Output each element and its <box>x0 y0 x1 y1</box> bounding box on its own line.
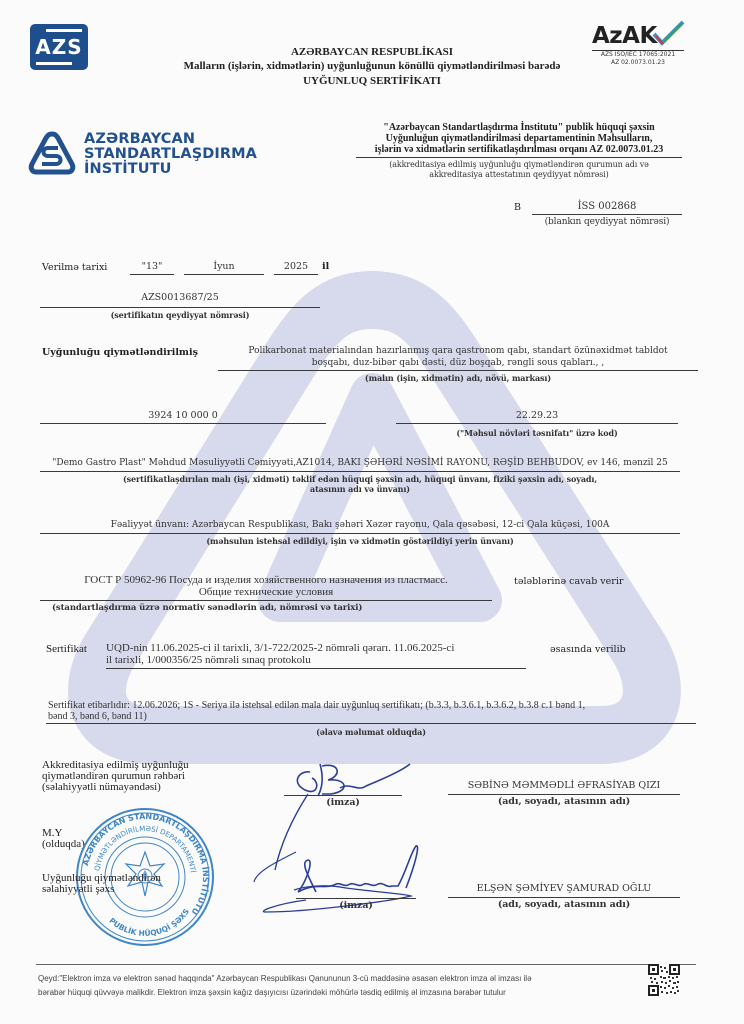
product-name-line1: Polikarbonat materialından hazırlanmış q… <box>218 346 698 357</box>
issue-date-year: 2025 <box>274 261 318 272</box>
additional-info-line1: Sertifikat etibarlıdır: 12.06.2026; 1S -… <box>48 700 698 711</box>
basis-line1: UQD-nin 11.06.2025-ci il tarixli, 3/1-72… <box>106 643 526 654</box>
azs-logo-text: AZS <box>35 35 82 59</box>
standard-suffix: tələblərinə cavab verir <box>514 576 623 587</box>
product-caption: (malın (işin, xidmətin) adı, növü, marka… <box>218 373 698 383</box>
document-subtitle: Malların (işlərin, xidmətlərin) uyğunluğ… <box>0 60 744 72</box>
blank-number: İSS 002868 <box>532 201 682 212</box>
basis-line2: il tarixli, 1/000356/25 nömrəli sınaq pr… <box>106 655 526 666</box>
product-class-code: 22.29.23 <box>396 410 678 421</box>
institute-name-line3: İNSTİTUTU <box>84 162 257 177</box>
institute-logo: AZƏRBAYCAN STANDARTLAŞDIRMA İNSTİTUTU <box>28 130 257 178</box>
applicant-details: "Demo Gastro Plast" Məhdud Məsuliyyətli … <box>40 458 680 469</box>
standard-line2: Общие технические условия <box>40 587 492 598</box>
production-address-caption: (məhsulun istehsal edildiyi, işin və xid… <box>40 536 680 546</box>
issuer-block: "Azərbaycan Standartlaşdırma İnstitutu" … <box>356 122 682 155</box>
qr-code-icon[interactable] <box>648 964 680 996</box>
divider <box>40 307 320 308</box>
divider <box>40 471 680 472</box>
divider <box>40 600 492 601</box>
head-sign-caption: (imza) <box>284 798 402 808</box>
certificate-number-caption: (sertifikatın qeydiyyat nömrəsi) <box>40 310 320 320</box>
assessor-label: Uyğunluğu qiymətləndirən səlahiyyətli şə… <box>42 873 161 895</box>
divider <box>36 964 696 965</box>
divider <box>396 423 678 424</box>
divider <box>532 214 682 215</box>
head-signer-label-line: (səlahiyyətli nümayəndəsi) <box>42 782 189 793</box>
divider <box>130 274 174 275</box>
divider <box>274 274 318 275</box>
checkmark-icon <box>652 20 686 46</box>
issuer-line: Uyğunluğun qiymətləndirilməsi departamen… <box>356 133 682 144</box>
standard-line1: ГОСТ Р 50962-96 Посуда и изделия хозяйст… <box>40 575 492 586</box>
institute-emblem-icon <box>28 130 76 178</box>
document-title: UYĞUNLUQ SERTİFİKATI <box>0 75 744 87</box>
issuer-line: işlərin və xidmətlərin sertifikatlaşdırı… <box>356 144 682 155</box>
divider <box>40 423 326 424</box>
issue-date-label: Verilmə tarixi <box>42 262 107 273</box>
applicant-caption-line2: atasının adı və ünvanı) <box>40 484 680 494</box>
stamp-bottom-text: PUBLİK HÜQUQİ ŞƏXS <box>107 907 191 938</box>
divider <box>448 897 680 898</box>
divider <box>356 157 682 158</box>
head-signer-name: SƏBİNƏ MƏMMƏDLİ ƏFRASİYAB QIZI <box>448 780 680 791</box>
legal-note-line: Qeyd:"Elektron imza və elektron sənəd ha… <box>38 972 638 986</box>
additional-info-line2: bənd 3, bənd 6, bənd 11) <box>48 711 698 722</box>
svg-text:PUBLİK HÜQUQİ ŞƏXS: PUBLİK HÜQUQİ ŞƏXS <box>107 907 191 938</box>
institute-name-line1: AZƏRBAYCAN <box>84 132 257 147</box>
blank-caption: (blankın qeydiyyat nömrəsi) <box>532 217 682 227</box>
issue-date-suffix: il <box>322 261 329 272</box>
standard-caption: (standartlaşdırma üzrə normativ sənədlər… <box>52 603 452 613</box>
issuer-line: "Azərbaycan Standartlaşdırma İnstitutu" … <box>356 122 682 133</box>
divider <box>106 668 526 669</box>
divider <box>296 898 416 899</box>
certificate-number: AZS0013687/25 <box>40 292 320 303</box>
divider <box>448 794 680 795</box>
hs-code: 3924 10 000 0 <box>40 410 326 421</box>
divider <box>184 274 264 275</box>
legal-note-line: bərabər hüquqi qüvvəyə malikdir. Elektro… <box>38 986 638 1000</box>
divider <box>40 533 680 534</box>
issuer-caption: (akkreditasiya edilmiş uyğunluğu qiymətl… <box>380 160 658 180</box>
issue-date-month: İyun <box>184 261 264 272</box>
divider <box>46 723 696 724</box>
head-signer-label: Akkreditasiya edilmiş uyğunluğu qiymətlə… <box>42 760 189 793</box>
product-label: Uyğunluğu qiymətləndirilmiş <box>42 347 198 358</box>
applicant-caption-line1: (sertifikatlaşdırılan malı (işi, xidməti… <box>40 474 680 484</box>
basis-label: Sertifikat <box>46 644 87 655</box>
assessor-label-line: səlahiyyətli şəxs <box>42 884 161 895</box>
product-class-caption: ("Məhsul növləri təsnifatı" üzrə kod) <box>396 428 678 438</box>
head-signer-name-caption: (adı, soyadı, atasının adı) <box>448 797 680 807</box>
divider <box>218 370 698 371</box>
basis-suffix: əsasında verilib <box>550 644 626 655</box>
assessor-name: ELŞƏN ŞƏMİYEV ŞAMURAD OĞLU <box>448 883 680 894</box>
institute-name-line2: STANDARTLAŞDIRMA <box>84 147 257 162</box>
assessor-name-caption: (adı, soyadı, atasının adı) <box>448 900 680 910</box>
production-address: Fəaliyyət ünvanı: Azərbaycan Respublikas… <box>40 520 680 531</box>
head-signature-icon <box>270 752 430 872</box>
issue-date-day: "13" <box>130 261 174 272</box>
additional-caption: (əlavə məlumat olduqda) <box>46 727 696 737</box>
blank-prefix: B <box>514 202 521 213</box>
country-title: AZƏRBAYCAN RESPUBLİKASI <box>0 46 744 58</box>
legal-note: Qeyd:"Elektron imza və elektron sənəd ha… <box>38 972 638 1000</box>
product-name-line2: boşqabı, duz-bibər qabı dəsti, düz boşqa… <box>218 358 698 369</box>
assessor-sign-caption: (imza) <box>296 901 416 911</box>
divider <box>284 795 402 796</box>
